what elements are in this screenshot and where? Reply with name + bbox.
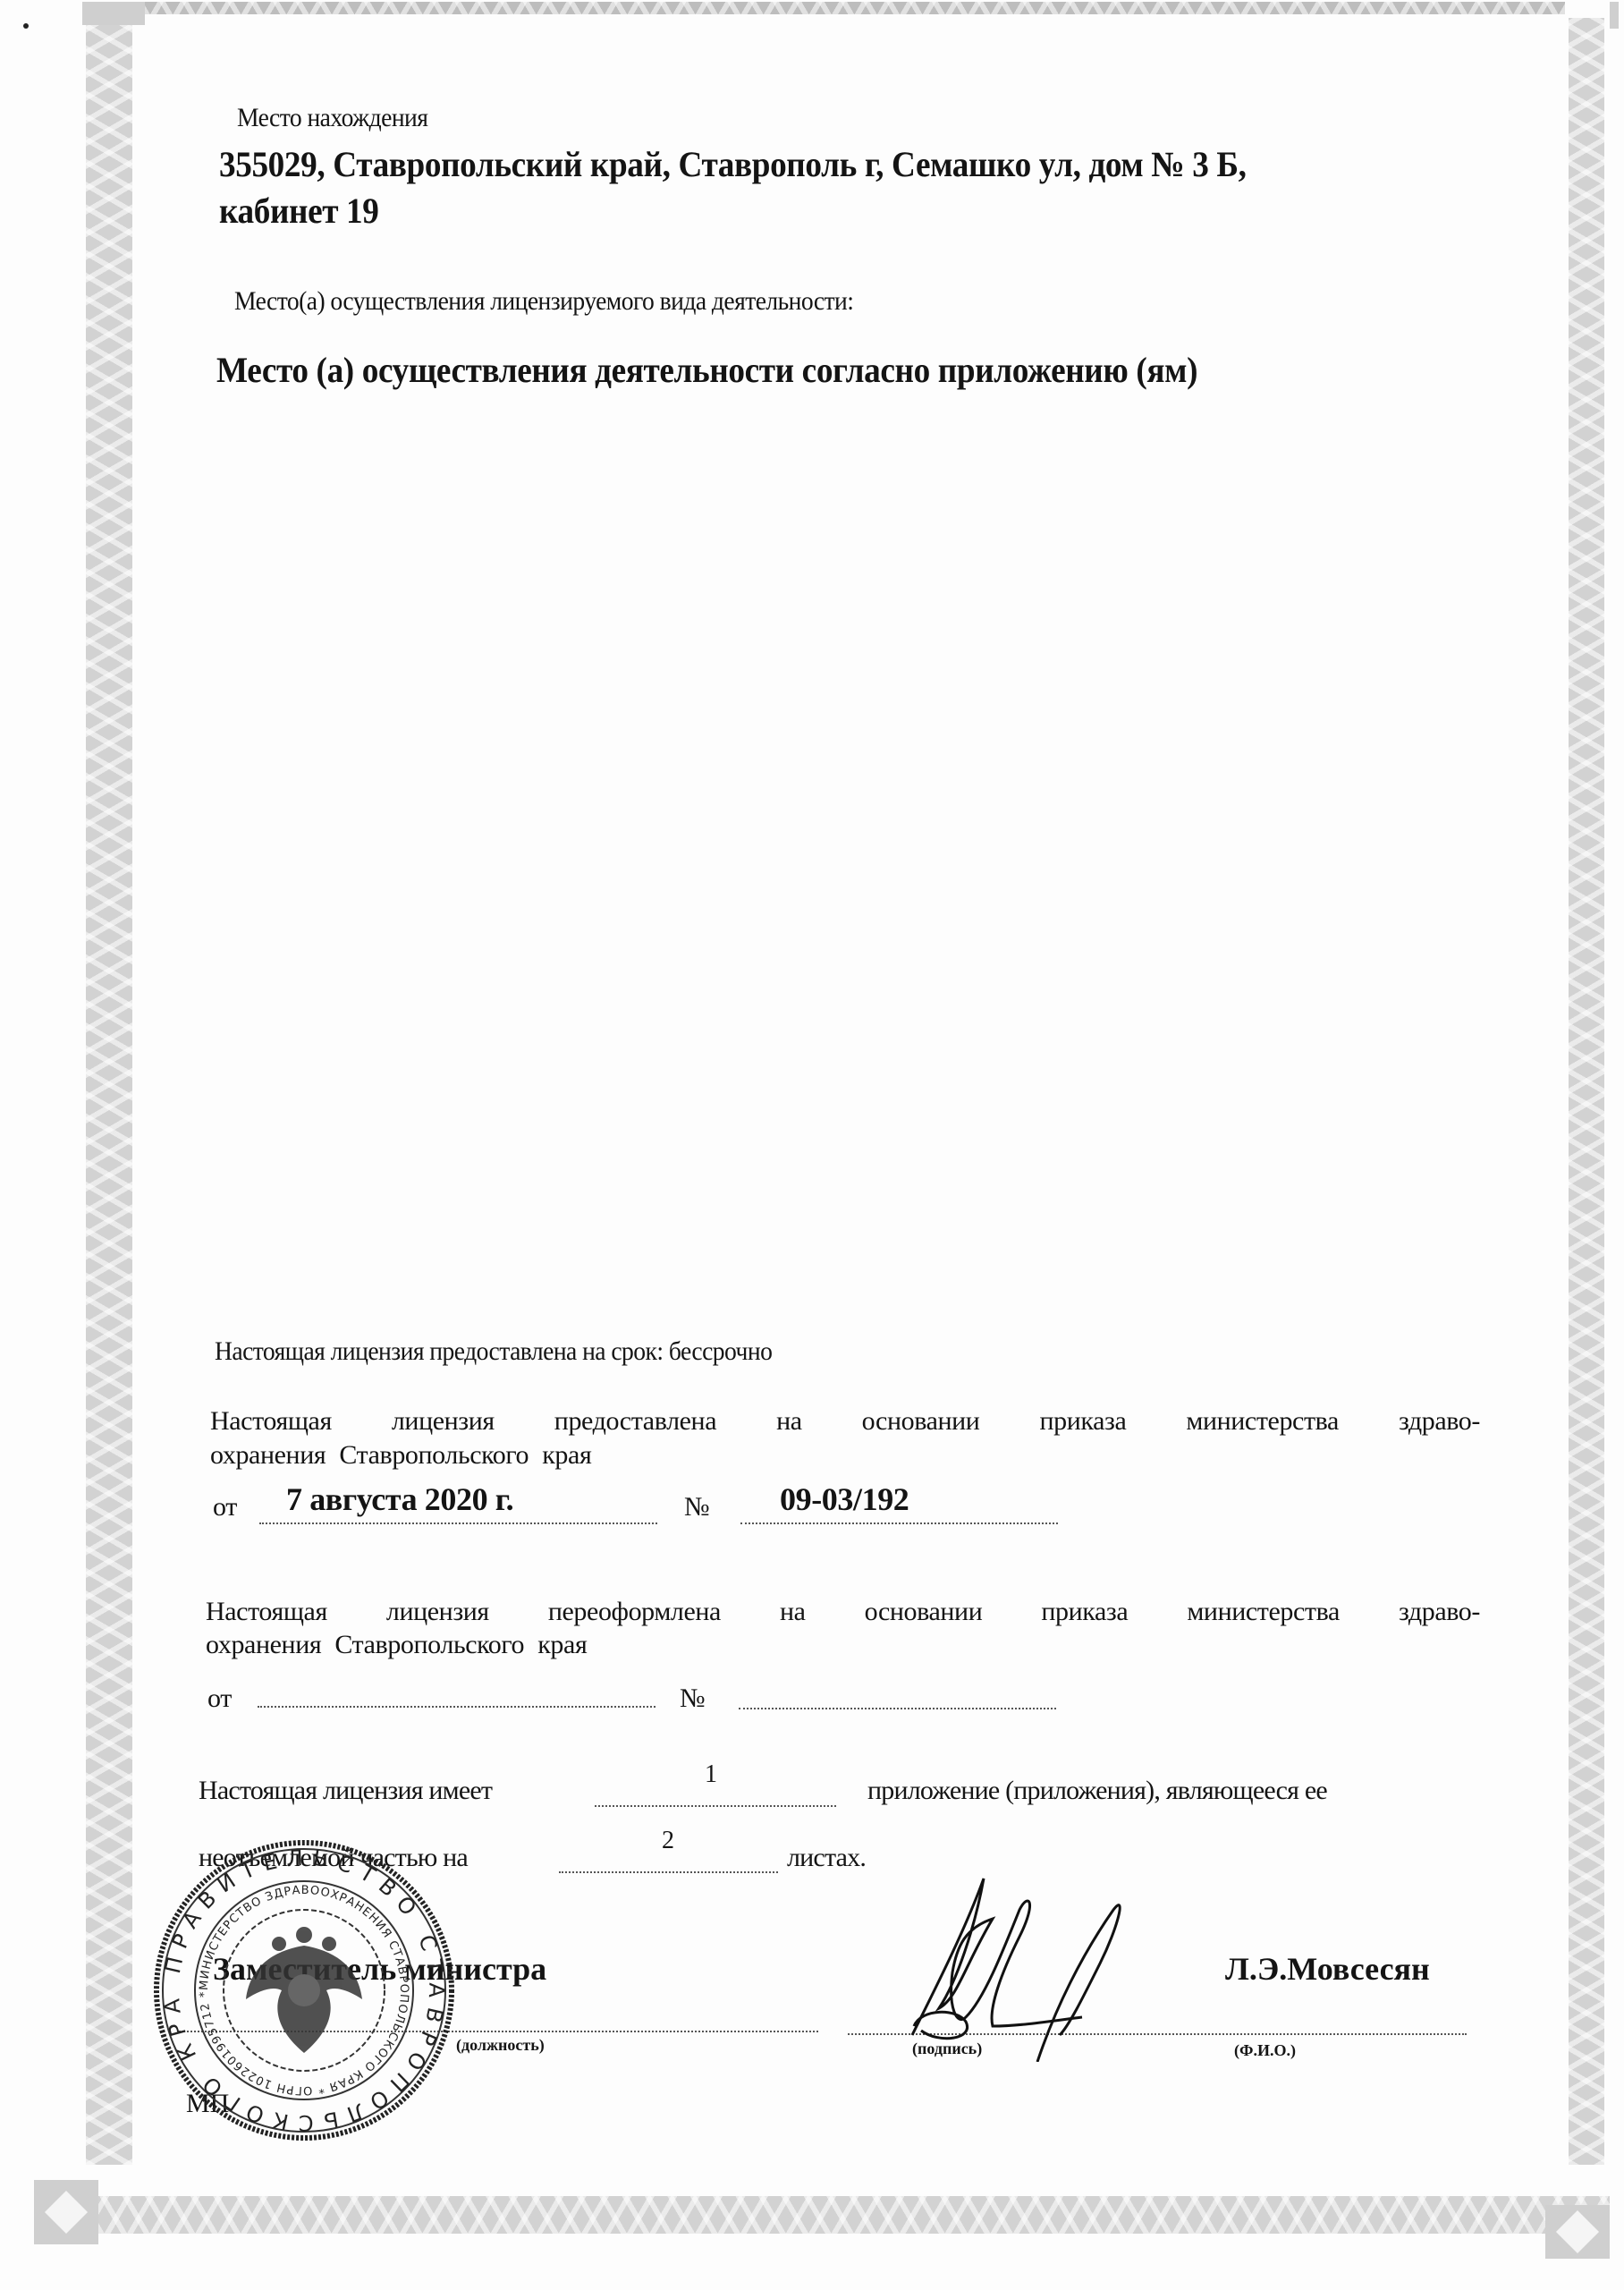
license-term: Настоящая лицензия предоставлена на срок…: [215, 1336, 772, 1367]
reissued-basis-line2: охранения Ставропольского края: [206, 1630, 587, 1660]
granted-basis-line2: охранения Ставропольского края: [210, 1440, 591, 1471]
granted-date-underline: [259, 1522, 657, 1524]
frame-border-top: [98, 2, 1565, 14]
granted-number-label: №: [684, 1492, 709, 1522]
signatory-name: Л.Э.Мовсесян: [1225, 1950, 1430, 1988]
handwritten-signature: [903, 1874, 1136, 2062]
scan-speck: [23, 23, 29, 29]
frame-corner-ornament: [82, 2, 145, 25]
reissued-basis-line1: Настоящая лицензия переоформлена на осно…: [206, 1597, 1480, 1627]
appendix-suffix: приложение (приложения), являющееся ее: [867, 1776, 1327, 1806]
position-caption: (должность): [456, 2036, 545, 2055]
appendix-prefix: Настоящая лицензия имеет: [199, 1776, 492, 1806]
granted-order-number: 09-03/192: [780, 1480, 909, 1518]
appendix-sheets-underline: [559, 1871, 778, 1873]
appendix-count: 1: [705, 1760, 717, 1789]
reissued-number-underline: [739, 1708, 1056, 1709]
granted-order-date: 7 августа 2020 г.: [286, 1480, 513, 1518]
granted-basis-line1: Настоящая лицензия предоставлена на осно…: [210, 1406, 1480, 1437]
frame-border-right: [1569, 18, 1604, 2165]
license-page: Место нахождения 355029, Ставропольский …: [0, 0, 1624, 2290]
appendix-count-underline: [595, 1805, 836, 1807]
name-caption: (Ф.И.О.): [1234, 2041, 1296, 2060]
appendix-line2-suffix: листах.: [787, 1843, 866, 1873]
reissued-number-label: №: [680, 1684, 705, 1714]
location-label: Место нахождения: [237, 103, 427, 133]
location-address: 355029, Ставропольский край, Ставрополь …: [219, 143, 1247, 185]
activity-places-label: Место(а) осуществления лицензируемого ви…: [234, 286, 853, 317]
activity-places-value: Место (а) осуществления деятельности сог…: [216, 349, 1197, 391]
reissued-from-label: от: [207, 1684, 232, 1714]
granted-from-label: от: [213, 1492, 237, 1522]
official-seal-stamp: ПРАВИТЕЛЬСТВО СТАВРОПОЛЬСКОГО КРАЯ МИНИС…: [152, 1838, 456, 2142]
frame-border-left: [86, 18, 132, 2165]
location-address-cont: кабинет 19: [219, 190, 379, 232]
frame-corner-ornament: [34, 2180, 98, 2244]
reissued-date-underline: [258, 1706, 656, 1708]
frame-corner-ornament: [1545, 2205, 1610, 2259]
appendix-sheets: 2: [662, 1827, 674, 1855]
frame-corner-ornament: [1610, 2, 1619, 29]
frame-border-bottom: [98, 2196, 1610, 2234]
granted-number-underline: [740, 1522, 1058, 1524]
